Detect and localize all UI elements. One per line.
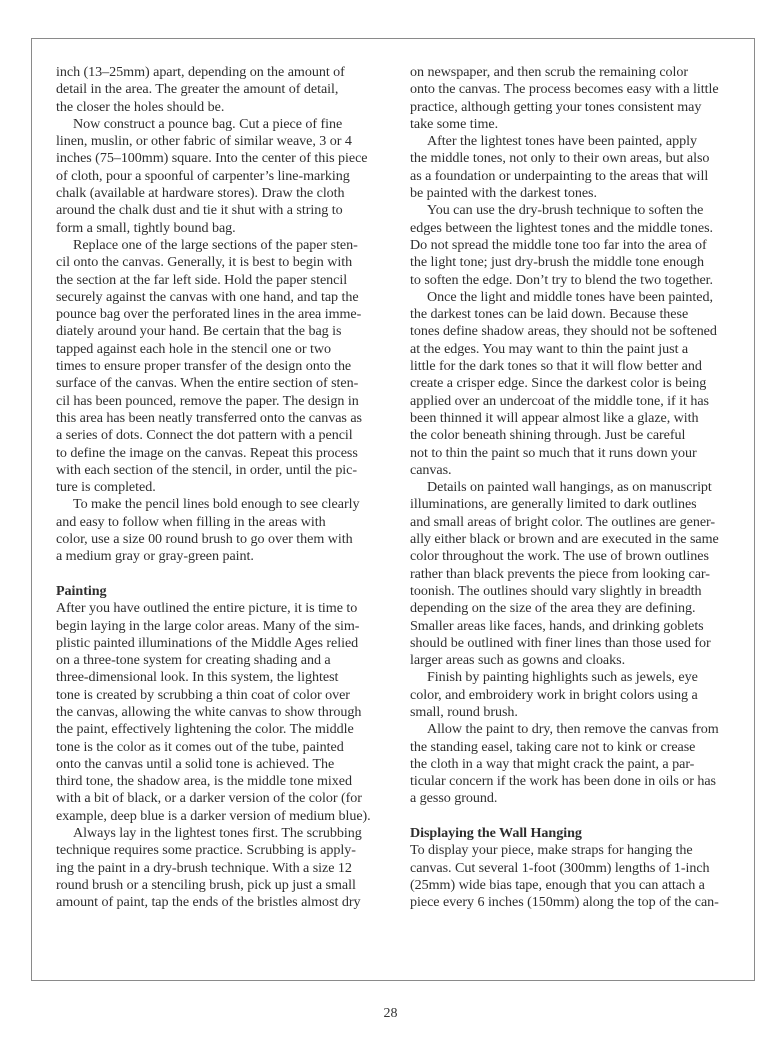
text-line: amount of paint, tap the ends of the bri…	[56, 894, 391, 911]
text-line: ture is completed.	[56, 479, 391, 496]
text-line: should be outlined with finer lines than…	[410, 635, 740, 652]
text-line: the middle tones, not only to their own …	[410, 150, 740, 167]
text-line: tapped against each hole in the stencil …	[56, 341, 391, 358]
text-line: be painted with the darkest tones.	[410, 185, 740, 202]
text-line: Finish by painting highlights such as je…	[410, 669, 740, 686]
text-line: times to ensure proper transfer of the d…	[56, 358, 391, 375]
text-line: the darkest tones can be laid down. Beca…	[410, 306, 740, 323]
text-line: securely against the canvas with one han…	[56, 289, 391, 306]
text-line: ticular concern if the work has been don…	[410, 773, 740, 790]
text-line: Do not spread the middle tone too far in…	[410, 237, 740, 254]
text-line: around the chalk dust and tie it shut wi…	[56, 202, 391, 219]
displaying-section-text: To display your piece, make straps for h…	[410, 842, 740, 911]
text-line: Details on painted wall hangings, as on …	[410, 479, 740, 496]
text-line: color, and embroidery work in bright col…	[410, 687, 740, 704]
text-line: illuminations, are generally limited to …	[410, 496, 740, 513]
right-body-text: on newspaper, and then scrub the remaini…	[410, 64, 740, 808]
text-line: cil has been pounced, remove the paper. …	[56, 393, 391, 410]
text-line: toonish. The outlines should vary slight…	[410, 583, 740, 600]
text-line: plistic painted illuminations of the Mid…	[56, 635, 391, 652]
left-body-text: inch (13–25mm) apart, depending on the a…	[56, 64, 391, 566]
text-line: To display your piece, make straps for h…	[410, 842, 740, 859]
section-spacer	[56, 566, 391, 583]
text-line: the light tone; just dry-brush the middl…	[410, 254, 740, 271]
section-heading-displaying: Displaying the Wall Hanging	[410, 825, 740, 842]
text-line: little for the dark tones so that it wil…	[410, 358, 740, 375]
text-line: tone is the color as it comes out of the…	[56, 739, 391, 756]
text-line: canvas. Cut several 1-foot (300mm) lengt…	[410, 860, 740, 877]
text-line: inch (13–25mm) apart, depending on the a…	[56, 64, 391, 81]
text-line: the standing easel, taking care not to k…	[410, 739, 740, 756]
text-line: Now construct a pounce bag. Cut a piece …	[56, 116, 391, 133]
text-line: begin laying in the large color areas. M…	[56, 618, 391, 635]
text-line: take some time.	[410, 116, 740, 133]
painting-section-text: After you have outlined the entire pictu…	[56, 600, 391, 911]
text-line: canvas.	[410, 462, 740, 479]
text-line: onto the canvas until a solid tone is ac…	[56, 756, 391, 773]
text-line: form a small, tightly bound bag.	[56, 220, 391, 237]
text-line: (25mm) wide bias tape, enough that you c…	[410, 877, 740, 894]
text-line: the closer the holes should be.	[56, 99, 391, 116]
text-line: a gesso ground.	[410, 790, 740, 807]
text-line: this area has been neatly transferred on…	[56, 410, 391, 427]
text-line: edges between the lightest tones and the…	[410, 220, 740, 237]
text-line: depending on the size of the area they a…	[410, 600, 740, 617]
text-line: at the edges. You may want to thin the p…	[410, 341, 740, 358]
text-line: rather than black prevents the piece fro…	[410, 566, 740, 583]
text-line: and easy to follow when filling in the a…	[56, 514, 391, 531]
text-line: ally either black or brown and are execu…	[410, 531, 740, 548]
text-line: You can use the dry-brush technique to s…	[410, 202, 740, 219]
text-line: third tone, the shadow area, is the midd…	[56, 773, 391, 790]
text-line: cil onto the canvas. Generally, it is be…	[56, 254, 391, 271]
text-line: To make the pencil lines bold enough to …	[56, 496, 391, 513]
text-line: the paint, effectively lightening the co…	[56, 721, 391, 738]
text-line: onto the canvas. The process becomes eas…	[410, 81, 740, 98]
text-line: round brush or a stenciling brush, pick …	[56, 877, 391, 894]
text-line: inches (75–100mm) square. Into the cente…	[56, 150, 391, 167]
text-line: larger areas such as gowns and cloaks.	[410, 652, 740, 669]
text-line: chalk (available at hardware stores). Dr…	[56, 185, 391, 202]
text-line: the cloth in a way that might crack the …	[410, 756, 740, 773]
right-column: on newspaper, and then scrub the remaini…	[410, 64, 740, 912]
text-line: practice, although getting your tones co…	[410, 99, 740, 116]
text-line: Allow the paint to dry, then remove the …	[410, 721, 740, 738]
text-line: example, deep blue is a darker version o…	[56, 808, 391, 825]
text-line: to soften the edge. Don’t try to blend t…	[410, 272, 740, 289]
text-line: After you have outlined the entire pictu…	[56, 600, 391, 617]
text-line: create a crisper edge. Since the darkest…	[410, 375, 740, 392]
text-line: color, use a size 00 round brush to go o…	[56, 531, 391, 548]
text-line: technique requires some practice. Scrubb…	[56, 842, 391, 859]
text-line: a medium gray or gray-green paint.	[56, 548, 391, 565]
text-line: linen, muslin, or other fabric of simila…	[56, 133, 391, 150]
text-line: three-dimensional look. In this system, …	[56, 669, 391, 686]
text-line: Always lay in the lightest tones first. …	[56, 825, 391, 842]
text-line: a series of dots. Connect the dot patter…	[56, 427, 391, 444]
text-line: the canvas, allowing the white canvas to…	[56, 704, 391, 721]
text-line: pounce bag over the perforated lines in …	[56, 306, 391, 323]
text-line: diately around your hand. Be certain tha…	[56, 323, 391, 340]
left-column: inch (13–25mm) apart, depending on the a…	[56, 64, 391, 912]
text-line: on newspaper, and then scrub the remaini…	[410, 64, 740, 81]
text-line: Replace one of the large sections of the…	[56, 237, 391, 254]
text-line: After the lightest tones have been paint…	[410, 133, 740, 150]
text-line: ing the paint in a dry-brush technique. …	[56, 860, 391, 877]
text-line: on a three-tone system for creating shad…	[56, 652, 391, 669]
text-line: the section at the far left side. Hold t…	[56, 272, 391, 289]
text-line: tone is created by scrubbing a thin coat…	[56, 687, 391, 704]
text-line: and small areas of bright color. The out…	[410, 514, 740, 531]
text-line: applied over an undercoat of the middle …	[410, 393, 740, 410]
page-number: 28	[0, 1006, 781, 1022]
text-line: detail in the area. The greater the amou…	[56, 81, 391, 98]
text-line: with each section of the stencil, in ord…	[56, 462, 391, 479]
section-heading-painting: Painting	[56, 583, 391, 600]
text-line: tones define shadow areas, they should n…	[410, 323, 740, 340]
text-line: of cloth, pour a spoonful of carpenter’s…	[56, 168, 391, 185]
text-line: Smaller areas like faces, hands, and dri…	[410, 618, 740, 635]
text-line: the color beneath shining through. Just …	[410, 427, 740, 444]
text-line: been thinned it will appear almost like …	[410, 410, 740, 427]
text-line: piece every 6 inches (150mm) along the t…	[410, 894, 740, 911]
text-line: to define the image on the canvas. Repea…	[56, 445, 391, 462]
section-spacer	[410, 808, 740, 825]
text-line: as a foundation or underpainting to the …	[410, 168, 740, 185]
text-line: Once the light and middle tones have bee…	[410, 289, 740, 306]
text-line: with a bit of black, or a darker version…	[56, 790, 391, 807]
text-line: surface of the canvas. When the entire s…	[56, 375, 391, 392]
text-line: color throughout the work. The use of br…	[410, 548, 740, 565]
text-line: not to thin the paint so much that it ru…	[410, 445, 740, 462]
text-line: small, round brush.	[410, 704, 740, 721]
